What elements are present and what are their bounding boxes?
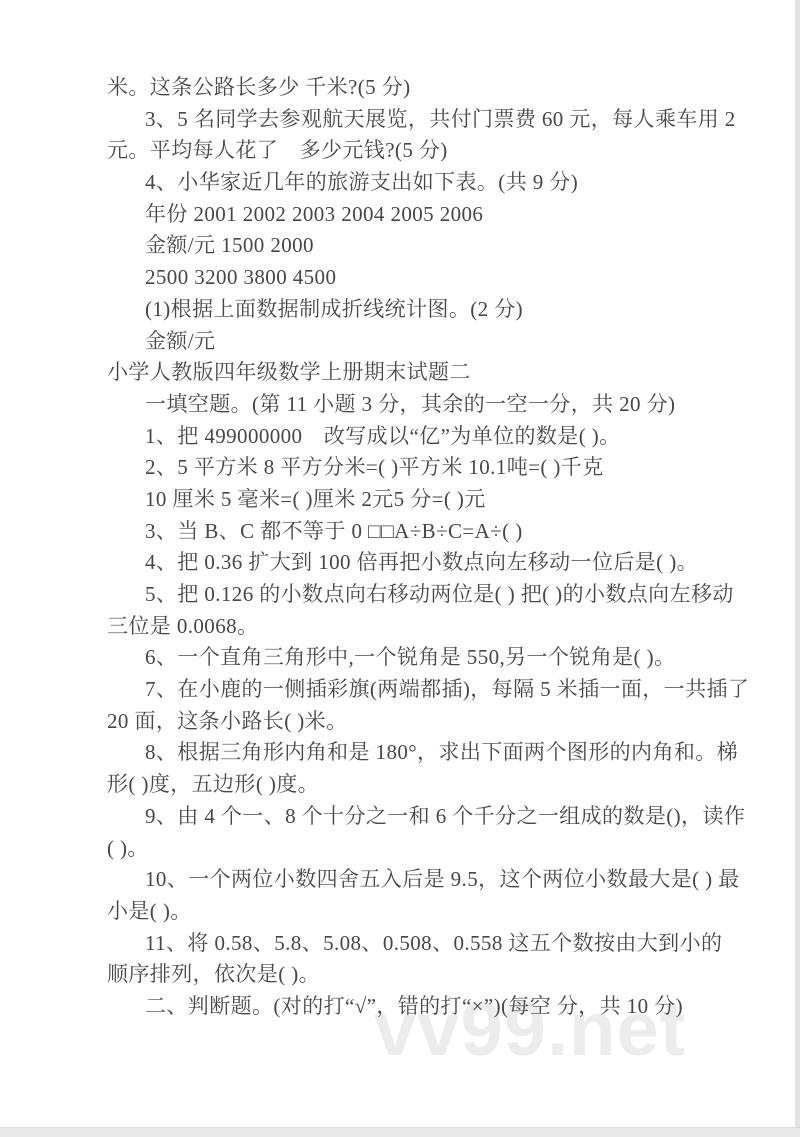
text-line: 1、把 499000000 改写成以“亿”为单位的数是( )。 <box>107 421 748 453</box>
text-line: 二、判断题。(对的打“√”，错的打“×”)(每空 分，共 10 分) <box>107 991 748 1023</box>
text-line: 9、由 4 个一、8 个十分之一和 6 个千分之一组成的数是()，读作 <box>107 801 748 833</box>
text-line: ( )。 <box>107 833 748 865</box>
text-line: 年份 2001 2002 2003 2004 2005 2006 <box>107 199 748 231</box>
text-line: 形( )度，五边形( )度。 <box>107 769 748 801</box>
text-line: 2、5 平方米 8 平方分米=( )平方米 10.1吨=( )千克 <box>107 452 748 484</box>
text-line: 小学人教版四年级数学上册期末试题二 <box>107 357 748 389</box>
text-line: 一填空题。(第 11 小题 3 分，其余的一空一分，共 20 分) <box>107 389 748 421</box>
text-line: 7、在小鹿的一侧插彩旗(两端都插)，每隔 5 米插一面，一共插了 <box>107 674 748 706</box>
text-line: 8、根据三角形内角和是 180°，求出下面两个图形的内角和。梯 <box>107 737 748 769</box>
text-line: 6、一个直角三角形中,一个锐角是 550,另一个锐角是( )。 <box>107 642 748 674</box>
text-line: (1)根据上面数据制成折线统计图。(2 分) <box>107 294 748 326</box>
text-line: 3、5 名同学去参观航天展览，共付门票费 60 元，每人乘车用 2 <box>107 104 748 136</box>
text-line: 小是( )。 <box>107 896 748 928</box>
page-right-edge <box>795 0 800 1137</box>
text-line: 5、把 0.126 的小数点向右移动两位是( ) 把( )的小数点向左移动 <box>107 579 748 611</box>
text-line: 金额/元 1500 2000 <box>107 230 748 262</box>
text-line: 米。这条公路长多少 千米?(5 分) <box>107 72 748 104</box>
text-line: 4、把 0.36 扩大到 100 倍再把小数点向左移动一位后是( )。 <box>107 547 748 579</box>
document-lines: 米。这条公路长多少 千米?(5 分)3、5 名同学去参观航天展览，共付门票费 6… <box>107 72 748 1023</box>
text-line: 3、当 B、C 都不等于 0 □□A÷B÷C=A÷( ) <box>107 516 748 548</box>
text-line: 元。平均每人花了 多少元钱?(5 分) <box>107 135 748 167</box>
text-line: 10、一个两位小数四舍五入后是 9.5，这个两位小数最大是( ) 最 <box>107 864 748 896</box>
text-line: 顺序排列，依次是( )。 <box>107 959 748 991</box>
text-line: 4、小华家近几年的旅游支出如下表。(共 9 分) <box>107 167 748 199</box>
text-line: 金额/元 <box>107 326 748 358</box>
text-line: 2500 3200 3800 4500 <box>107 262 748 294</box>
page-bottom-edge <box>0 1127 800 1137</box>
text-line: 20 面，这条小路长( )米。 <box>107 706 748 738</box>
text-line: 三位是 0.0068。 <box>107 611 748 643</box>
document-page: vv99.net 米。这条公路长多少 千米?(5 分)3、5 名同学去参观航天展… <box>0 0 800 1137</box>
text-line: 10 厘米 5 毫米=( )厘米 2元5 分=( )元 <box>107 484 748 516</box>
text-line: 11、将 0.58、5.8、5.08、0.508、0.558 这五个数按由大到小… <box>107 928 748 960</box>
